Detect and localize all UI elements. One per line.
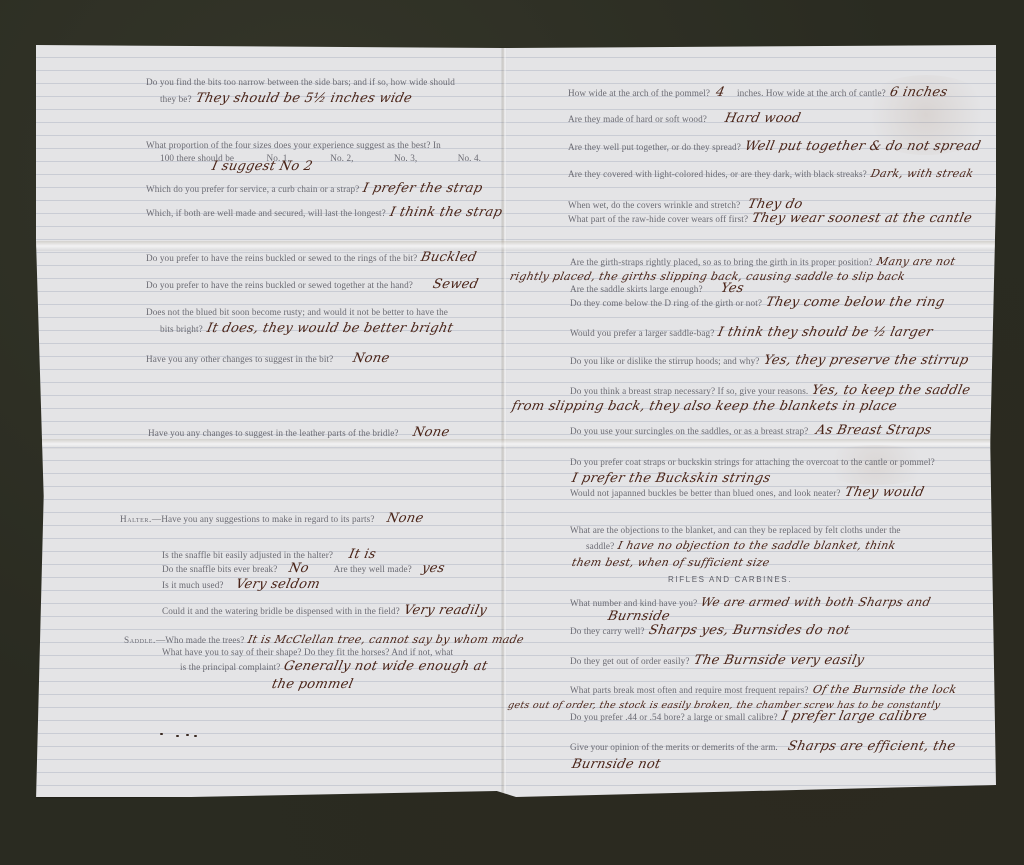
question: Do you prefer to have the reins buckled … [146, 250, 477, 265]
question: Which do you prefer for service, a curb … [146, 181, 483, 196]
handwritten-answer: I suggest No 2 [210, 159, 314, 174]
handwritten-answer: Yes, to keep the saddle [811, 383, 972, 398]
handwritten-answer: 6 inches [888, 85, 949, 100]
question: When wet, do the covers wrinkle and stre… [568, 197, 803, 212]
handwritten-answer: I prefer the Buckskin strings [570, 471, 772, 486]
question: Give your opinion of the merits or demer… [570, 739, 955, 754]
handwritten-answer: Sharps are efficient, the [786, 739, 957, 754]
question: What part of the raw-hide cover wears of… [568, 211, 972, 226]
handwritten-answer: Hard wood [723, 111, 802, 126]
question: Would not japanned buckles be better tha… [570, 485, 924, 500]
question: How wide at the arch of the pommel?4 inc… [568, 85, 947, 100]
handwritten-answer: Buckled [420, 250, 479, 265]
question: Do you prefer to have the reins buckled … [146, 277, 478, 292]
handwritten-answer: Well put together & do not spread [743, 139, 982, 154]
handwritten-answer: None [411, 425, 451, 440]
question: Do you prefer coat straps or buckskin st… [570, 457, 935, 467]
question: Do you find the bits too narrow between … [146, 77, 455, 87]
question: Are they well put together, or do they s… [568, 139, 981, 154]
question: What proportion of the four sizes does y… [146, 140, 441, 150]
handwritten-answer: Sharps yes, Burnsides do not [647, 623, 851, 638]
handwritten-answer: Burnside not [570, 757, 662, 772]
right-page: How wide at the arch of the pommel?4 inc… [508, 45, 996, 797]
question: Is the snaffle bit easily adjusted in th… [162, 547, 376, 562]
handwritten-answer: I have no objection to the saddle blanke… [617, 539, 897, 552]
handwritten-answer: Dark, with streak [869, 167, 974, 180]
handwritten-answer: It is [347, 547, 377, 562]
handwritten-answer: Yes, they preserve the stirrup [762, 353, 970, 368]
question: What have you to say of their shape? Do … [162, 647, 453, 657]
question: saddle?I have no objection to the saddle… [586, 539, 896, 552]
question: Do the snaffle bits ever break?No Are th… [162, 561, 444, 576]
ink-mark [186, 734, 189, 736]
question: What are the objections to the blanket, … [570, 525, 901, 535]
question: Do you think a breast strap necessary? I… [570, 383, 971, 398]
question: bits bright?It does, they would be bette… [160, 321, 453, 336]
ink-mark [194, 735, 197, 737]
section-heading-rifles: RIFLES AND CARBINES. [668, 575, 792, 584]
question: they be?They should be 5½ inches wide [160, 91, 412, 106]
handwritten-answer: I think they should be ½ larger [717, 325, 935, 340]
handwritten-answer: It does, they would be better bright [205, 321, 454, 336]
handwritten-answer: We are armed with both Sharps and [700, 595, 933, 609]
section-label: Halter. [120, 514, 152, 524]
section-label: Saddle. [124, 635, 156, 645]
question: Do they come below the D ring of the gir… [570, 295, 944, 310]
left-page: Do you find the bits too narrow between … [36, 45, 502, 797]
question: Are they covered with light-colored hide… [568, 167, 973, 180]
question: Do you use your surcingles on the saddle… [570, 423, 932, 438]
question: Could it and the watering bridle be disp… [162, 603, 487, 618]
section-saddle: Saddle.—Who made the trees?It is McClell… [124, 633, 524, 646]
handwritten-answer: They come below the ring [764, 295, 946, 310]
question: Have you any changes to suggest in the l… [148, 425, 449, 440]
question: Are the saddle skirts large enough?Yes [570, 281, 743, 296]
question: Do they get out of order easily?The Burn… [570, 653, 864, 668]
handwritten-answer: the pommel [270, 677, 354, 692]
ink-mark [176, 735, 179, 737]
question: Does not the blued bit soon become rusty… [146, 307, 448, 317]
handwritten-answer: None [352, 351, 392, 366]
handwritten-answer: I prefer large calibre [780, 709, 928, 724]
handwritten-answer: from slipping back, they also keep the b… [510, 399, 898, 414]
question: Do you like or dislike the stirrup hoods… [570, 353, 968, 368]
question: Do they carry well?Sharps yes, Burnsides… [570, 623, 849, 638]
handwritten-answer: 4 [714, 85, 726, 100]
handwritten-answer: As Breast Straps [815, 423, 934, 438]
question: Are they made of hard or soft wood?Hard … [568, 111, 801, 126]
handwritten-answer: Generally not wide enough at [283, 659, 490, 674]
ink-mark [160, 733, 163, 735]
question: Is it much used?Very seldom [162, 577, 319, 592]
handwritten-answer: I think the strap [388, 205, 503, 220]
handwritten-answer: They wear soonest at the cantle [751, 211, 974, 226]
handwritten-answer: They would [843, 485, 925, 500]
handwritten-answer: Yes [719, 281, 745, 296]
question: Do you prefer .44 or .54 bore? a large o… [570, 709, 927, 724]
handwritten-answer: They should be 5½ inches wide [194, 91, 413, 106]
question: Which, if both are well made and secured… [146, 205, 502, 220]
handwritten-answer: I prefer the strap [362, 181, 485, 196]
handwritten-answer: them best, when of sufficient size [571, 556, 771, 569]
question: Would you prefer a larger saddle-bag?I t… [570, 325, 933, 340]
section-halter: Halter.—Have you any suggestions to make… [120, 511, 423, 526]
question: Have you any other changes to suggest in… [146, 351, 390, 366]
questionnaire-sheet: Do you find the bits too narrow between … [36, 45, 996, 797]
handwritten-answer: Very readily [402, 603, 488, 618]
handwritten-answer: Burnside [606, 609, 671, 624]
handwritten-answer: It is McClellan tree, cannot say by whom… [247, 633, 526, 646]
handwritten-answer: yes [420, 561, 446, 576]
handwritten-answer: The Burnside very easily [692, 653, 865, 668]
handwritten-answer: No [288, 561, 311, 576]
handwritten-answer: Sewed [431, 277, 479, 292]
handwritten-answer: None [385, 511, 425, 526]
handwritten-answer: Very seldom [234, 577, 321, 592]
handwritten-answer: They do [747, 197, 805, 212]
question: is the principal complaint?Generally not… [180, 659, 488, 674]
